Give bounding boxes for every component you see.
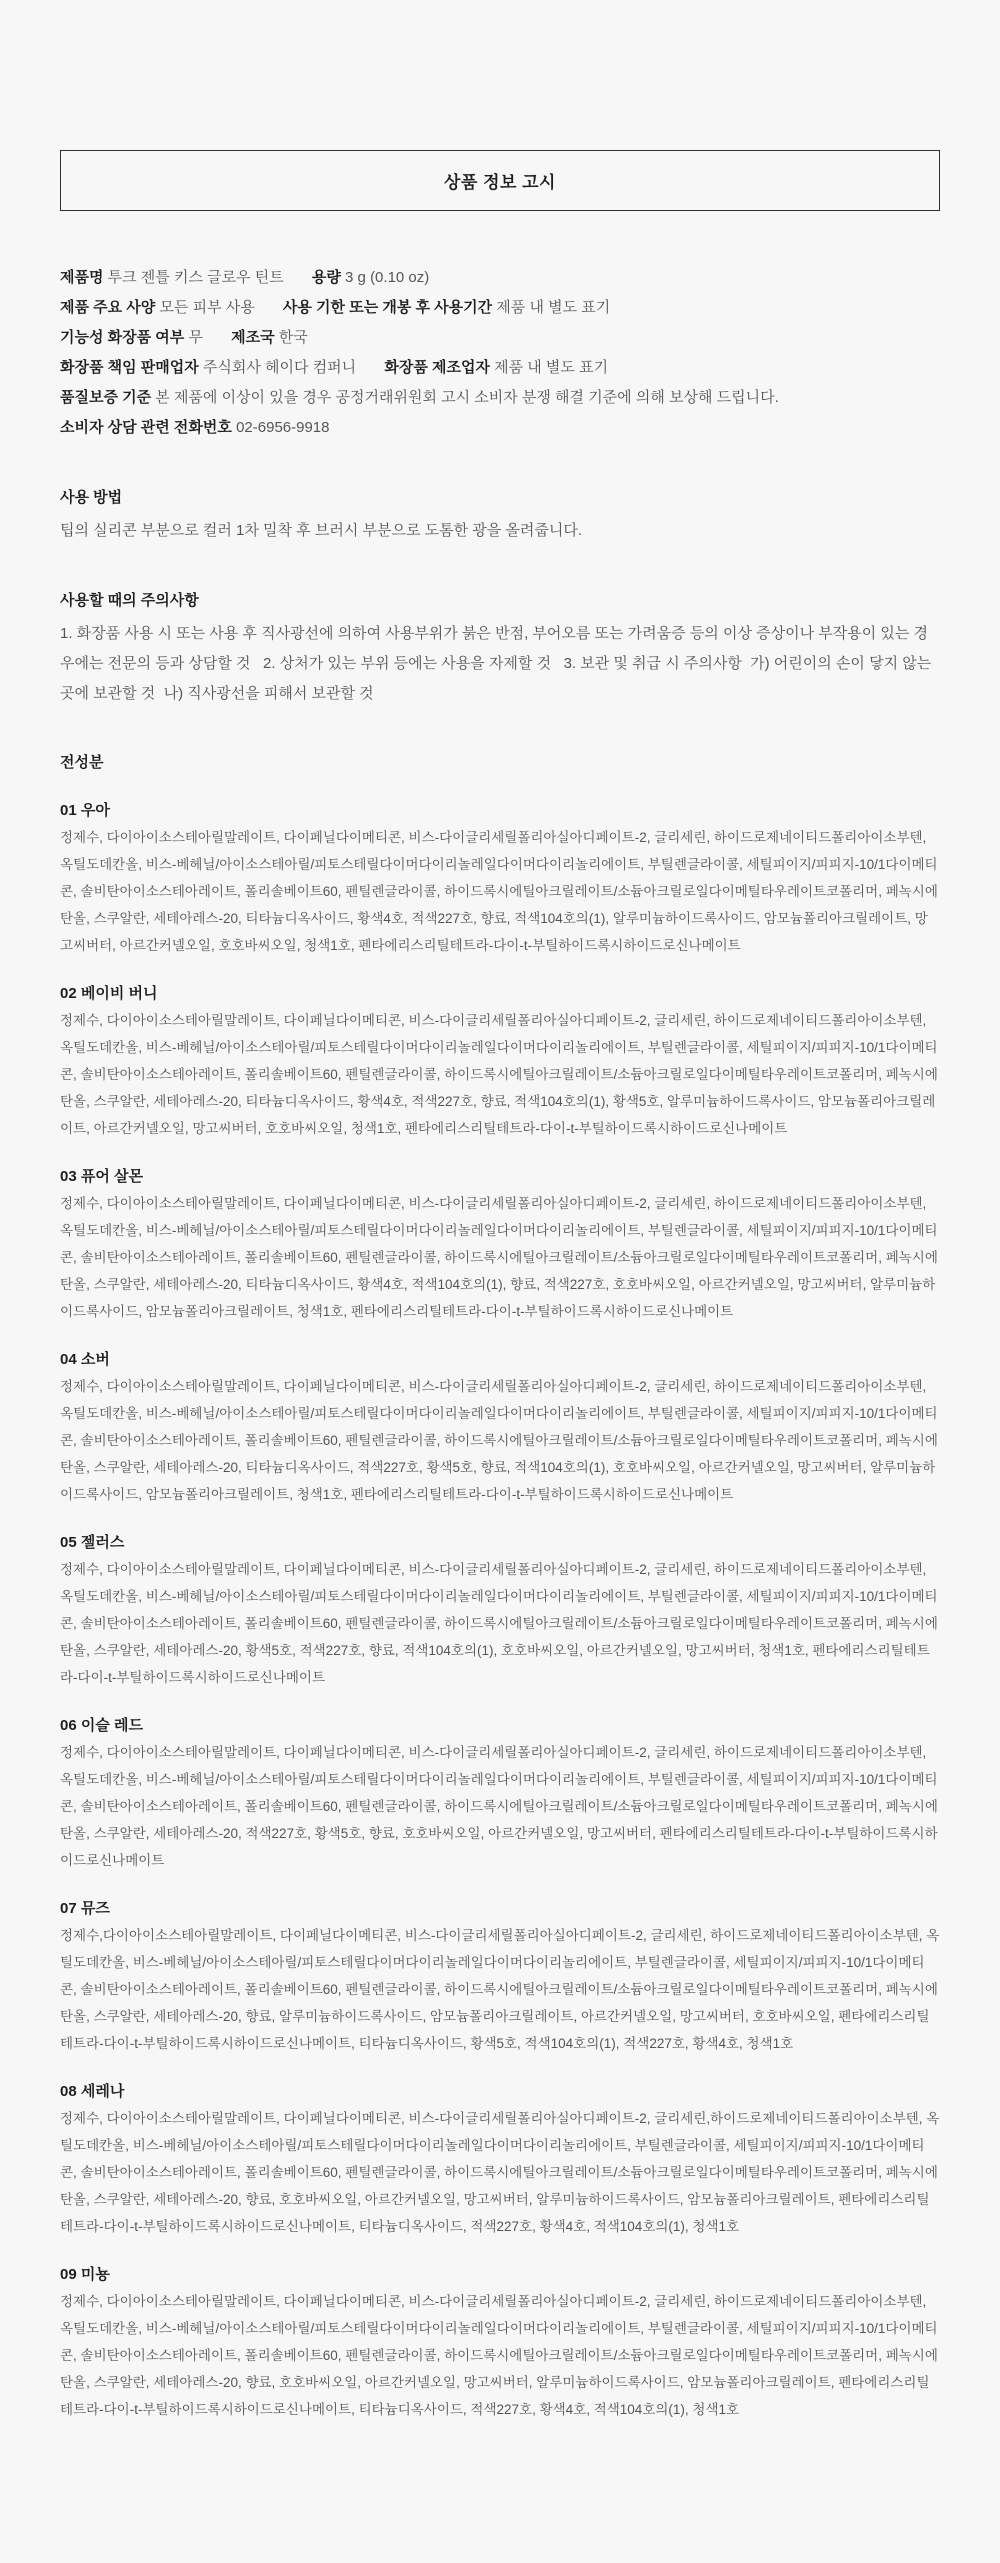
shade-ingredients: 정제수, 다이아이소스테아릴말레이트, 다이페닐다이메티콘, 비스-다이글리세릴… bbox=[60, 824, 940, 959]
info-row-product-name: 제품명 투크 젠틀 키스 글로우 틴트 용량 3 g (0.10 oz) bbox=[60, 263, 940, 293]
product-info-notice-page: 상품 정보 고시 제품명 투크 젠틀 키스 글로우 틴트 용량 3 g (0.1… bbox=[0, 0, 1000, 2563]
shade-name: 08 세레나 bbox=[60, 2078, 940, 2105]
caution-heading: 사용할 때의 주의사항 bbox=[60, 586, 940, 616]
shade-name: 01 우아 bbox=[60, 797, 940, 824]
info-row-phone: 소비자 상담 관련 전화번호 02-6956-9918 bbox=[60, 413, 940, 443]
info-value: 주식회사 헤이다 컴퍼니 bbox=[203, 359, 356, 376]
info-value: 본 제품에 이상이 있을 경우 공정거래위원회 고시 소비자 분쟁 해결 기준에… bbox=[155, 389, 778, 406]
info-value: 제품 내 별도 표기 bbox=[496, 299, 610, 316]
ingredient-shade-block: 07 뮤즈 정제수,다이아이소스테아릴말레이트, 다이페닐다이메티콘, 비스-다… bbox=[60, 1895, 940, 2057]
shade-ingredients: 정제수, 다이아이소스테아릴말레이트, 다이페닐다이메티콘, 비스-다이글리세릴… bbox=[60, 2105, 940, 2240]
info-label: 화장품 책임 판매업자 bbox=[60, 359, 199, 376]
notice-title-box: 상품 정보 고시 bbox=[60, 150, 940, 211]
ingredient-shade-block: 01 우아 정제수, 다이아이소스테아릴말레이트, 다이페닐다이메티콘, 비스-… bbox=[60, 797, 940, 959]
shade-name: 04 소버 bbox=[60, 1346, 940, 1373]
info-label: 제조국 bbox=[231, 329, 274, 346]
product-info-section: 제품명 투크 젠틀 키스 글로우 틴트 용량 3 g (0.10 oz) 제품 … bbox=[60, 263, 940, 443]
info-value: 제품 내 별도 표기 bbox=[494, 359, 608, 376]
usage-heading: 사용 방법 bbox=[60, 483, 940, 513]
page-title: 상품 정보 고시 bbox=[444, 168, 556, 193]
info-label: 제품 주요 사양 bbox=[60, 299, 155, 316]
ingredient-shade-block: 05 젤러스 정제수, 다이아이소스테아릴말레이트, 다이페닐다이메티콘, 비스… bbox=[60, 1529, 940, 1691]
shade-ingredients: 정제수, 다이아이소스테아릴말레이트, 다이페닐다이메티콘, 비스-다이글리세릴… bbox=[60, 1556, 940, 1691]
shade-name: 09 미뇽 bbox=[60, 2261, 940, 2288]
ingredient-shade-block: 08 세레나 정제수, 다이아이소스테아릴말레이트, 다이페닐다이메티콘, 비스… bbox=[60, 2078, 940, 2240]
usage-text: 팁의 실리콘 부분으로 컬러 1차 밀착 후 브러시 부분으로 도톰한 광을 올… bbox=[60, 516, 940, 546]
info-label: 소비자 상담 관련 전화번호 bbox=[60, 419, 232, 436]
info-label: 기능성 화장품 여부 bbox=[60, 329, 184, 346]
shade-ingredients: 정제수, 다이아이소스테아릴말레이트, 다이페닐다이메티콘, 비스-다이글리세릴… bbox=[60, 1007, 940, 1142]
info-label: 제품명 bbox=[60, 269, 103, 286]
shade-ingredients: 정제수,다이아이소스테아릴말레이트, 다이페닐다이메티콘, 비스-다이글리세릴폴… bbox=[60, 1922, 940, 2057]
info-value: 투크 젠틀 키스 글로우 틴트 bbox=[108, 269, 284, 286]
caution-text: 1. 화장품 사용 시 또는 사용 후 직사광선에 의하여 사용부위가 붉은 반… bbox=[60, 619, 940, 709]
shade-ingredients: 정제수, 다이아이소스테아릴말레이트, 다이페닐다이메티콘, 비스-다이글리세릴… bbox=[60, 1190, 940, 1325]
ingredient-shade-block: 04 소버 정제수, 다이아이소스테아릴말레이트, 다이페닐다이메티콘, 비스-… bbox=[60, 1346, 940, 1508]
info-value: 한국 bbox=[279, 329, 308, 346]
info-label: 사용 기한 또는 개봉 후 사용기간 bbox=[283, 299, 492, 316]
info-label: 품질보증 기준 bbox=[60, 389, 151, 406]
info-row-functional: 기능성 화장품 여부 무 제조국 한국 bbox=[60, 323, 940, 353]
shade-name: 06 이슬 레드 bbox=[60, 1712, 940, 1739]
shade-name: 03 퓨어 살몬 bbox=[60, 1163, 940, 1190]
info-row-seller: 화장품 책임 판매업자 주식회사 헤이다 컴퍼니 화장품 제조업자 제품 내 별… bbox=[60, 353, 940, 383]
shade-name: 05 젤러스 bbox=[60, 1529, 940, 1556]
ingredient-shade-block: 03 퓨어 살몬 정제수, 다이아이소스테아릴말레이트, 다이페닐다이메티콘, … bbox=[60, 1163, 940, 1325]
info-value: 3 g (0.10 oz) bbox=[345, 269, 429, 286]
info-label: 화장품 제조업자 bbox=[384, 359, 490, 376]
info-row-warranty: 품질보증 기준 본 제품에 이상이 있을 경우 공정거래위원회 고시 소비자 분… bbox=[60, 383, 940, 413]
shade-name: 07 뮤즈 bbox=[60, 1895, 940, 1922]
ingredient-shade-block: 06 이슬 레드 정제수, 다이아이소스테아릴말레이트, 다이페닐다이메티콘, … bbox=[60, 1712, 940, 1874]
info-value: 모든 피부 사용 bbox=[159, 299, 254, 316]
info-value: 무 bbox=[188, 329, 203, 346]
phone-number: 02-6956-9918 bbox=[236, 419, 329, 436]
info-label: 용량 bbox=[312, 269, 341, 286]
shade-ingredients: 정제수, 다이아이소스테아릴말레이트, 다이페닐다이메티콘, 비스-다이글리세릴… bbox=[60, 1739, 940, 1874]
shade-name: 02 베이비 버니 bbox=[60, 980, 940, 1007]
info-row-spec: 제품 주요 사양 모든 피부 사용 사용 기한 또는 개봉 후 사용기간 제품 … bbox=[60, 293, 940, 323]
ingredient-shade-block: 02 베이비 버니 정제수, 다이아이소스테아릴말레이트, 다이페닐다이메티콘,… bbox=[60, 980, 940, 1142]
ingredients-heading: 전성분 bbox=[60, 749, 940, 776]
shade-ingredients: 정제수, 다이아이소스테아릴말레이트, 다이페닐다이메티콘, 비스-다이글리세릴… bbox=[60, 2288, 940, 2423]
ingredient-shade-block: 09 미뇽 정제수, 다이아이소스테아릴말레이트, 다이페닐다이메티콘, 비스-… bbox=[60, 2261, 940, 2423]
shade-ingredients: 정제수, 다이아이소스테아릴말레이트, 다이페닐다이메티콘, 비스-다이글리세릴… bbox=[60, 1373, 940, 1508]
